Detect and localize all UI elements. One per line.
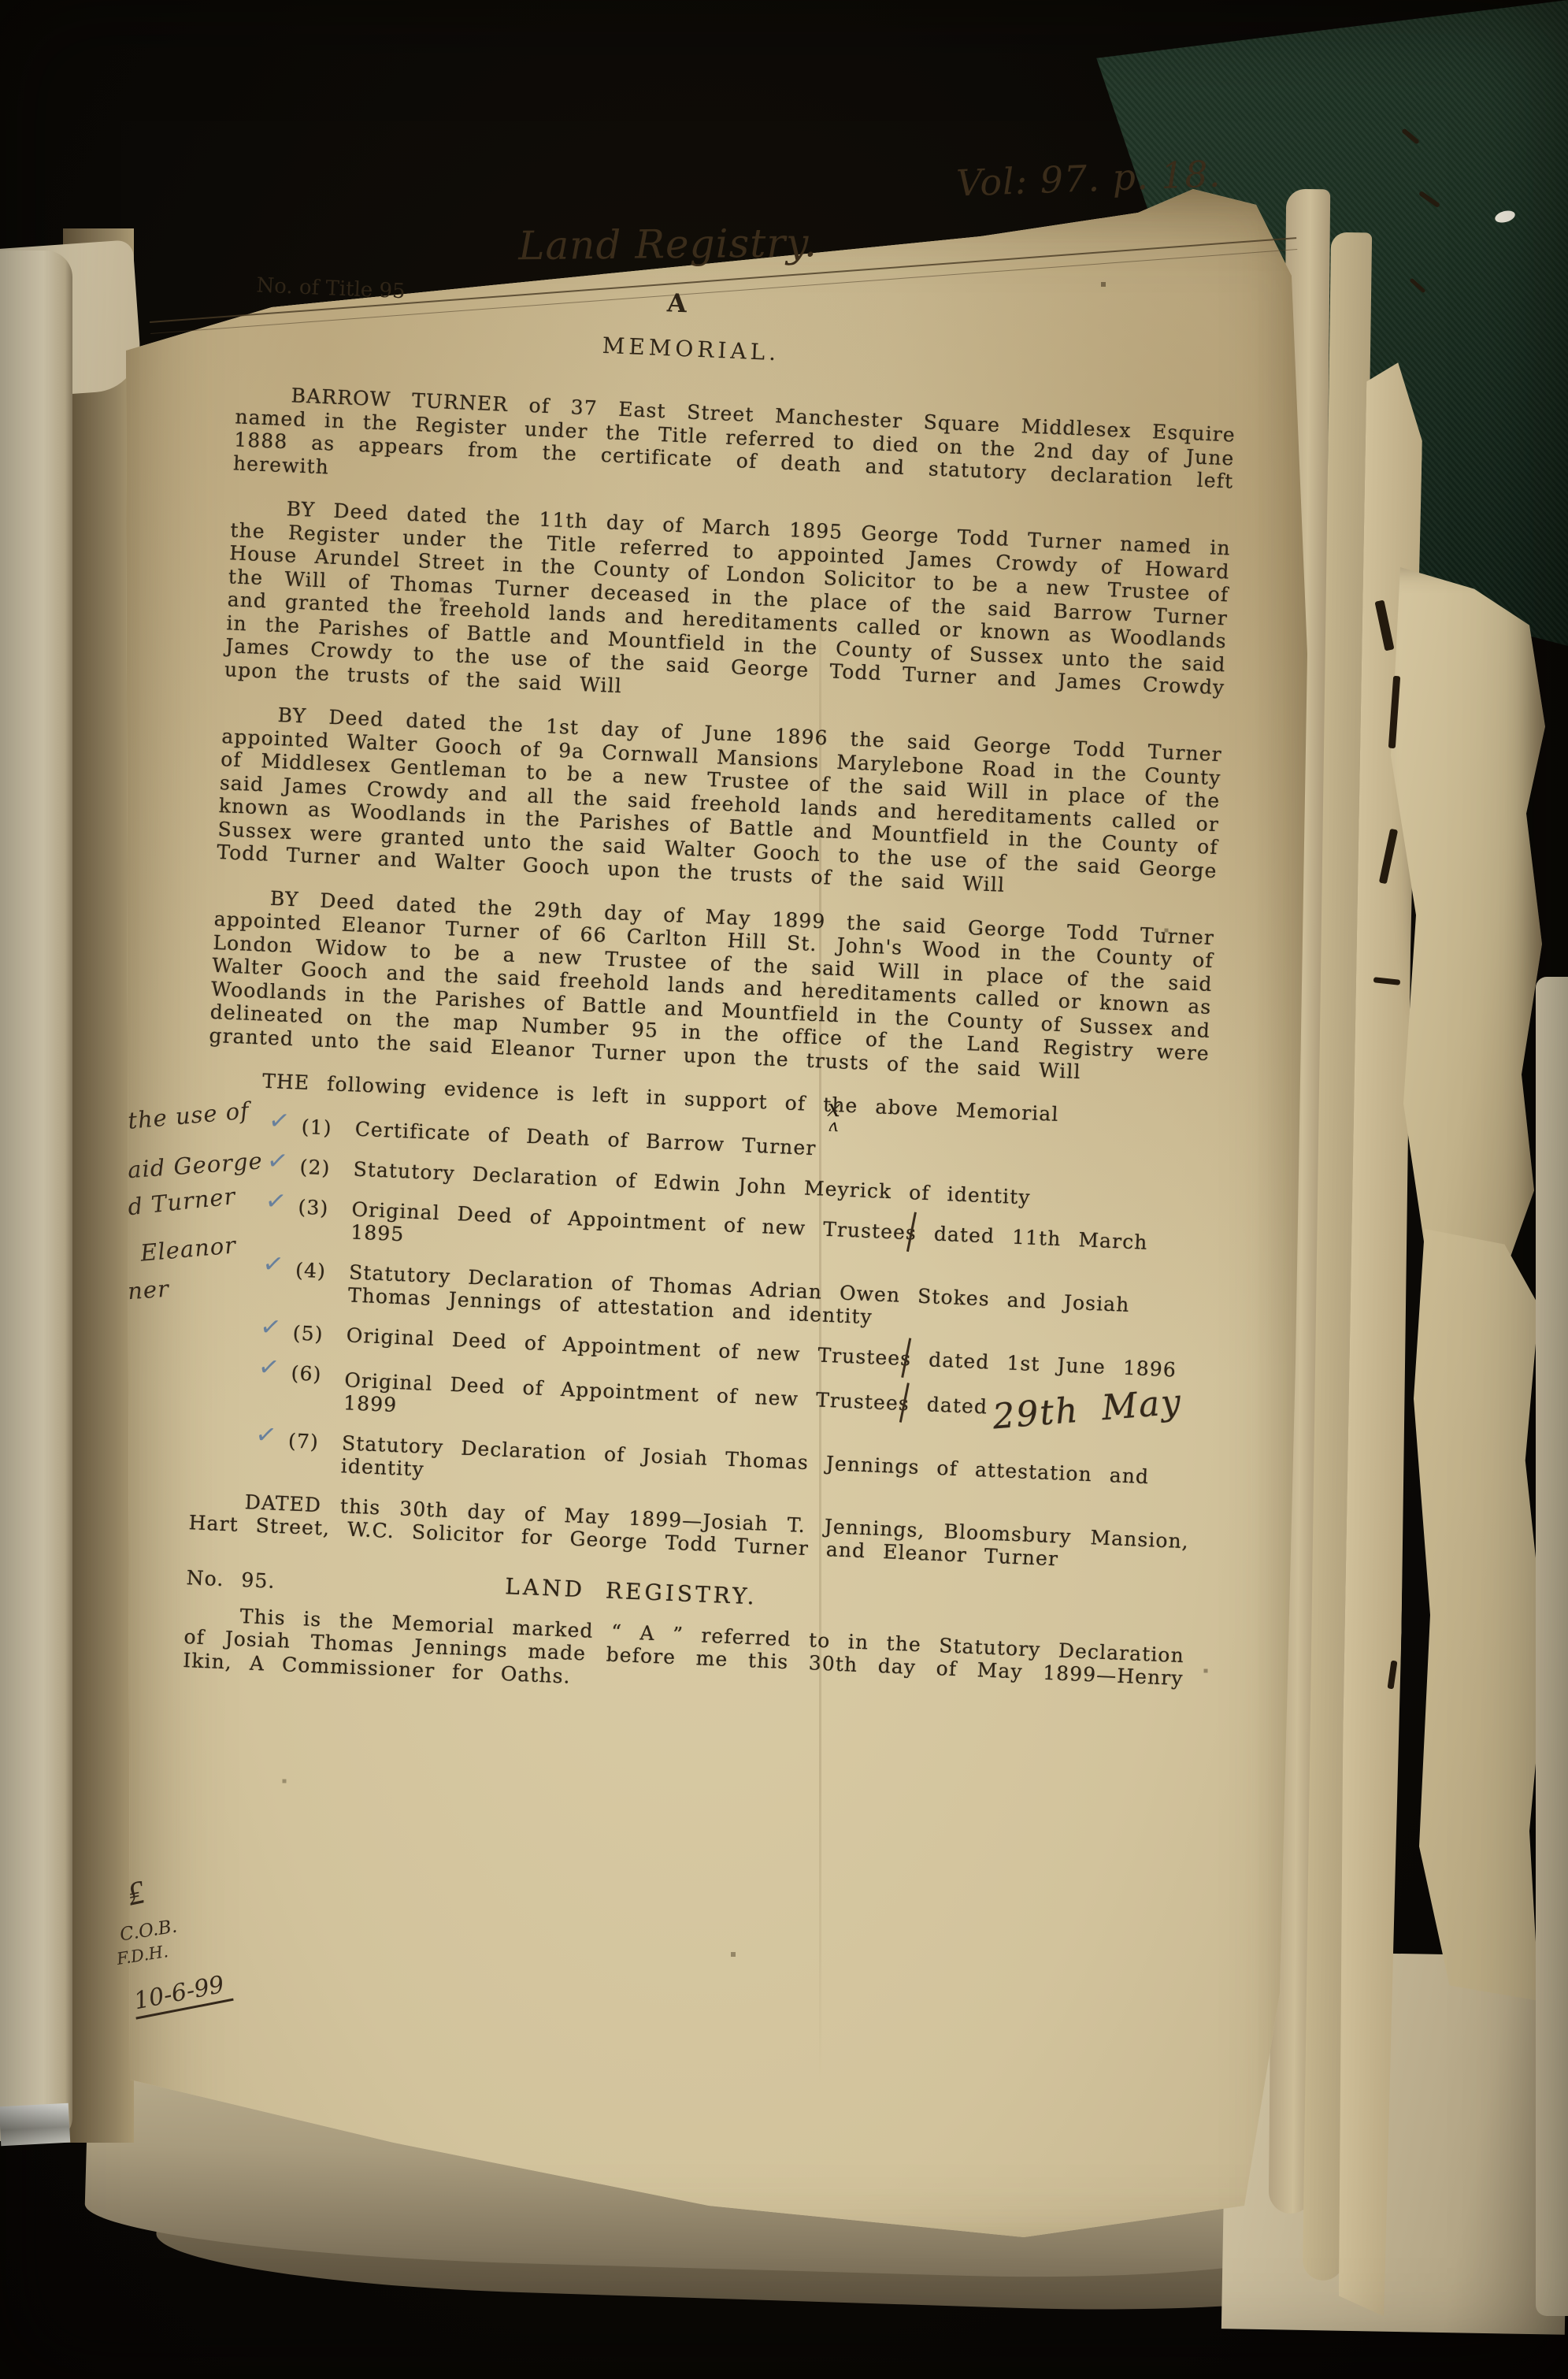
- struck-letter: s: [898, 1391, 910, 1415]
- torn-page-fragment: [1388, 567, 1545, 1292]
- no-of-title: No. of Title 95: [256, 273, 406, 303]
- memorial-paragraph: BY Deed dated the 29th day of May 1899 t…: [209, 884, 1215, 1089]
- page-content: Vol: 97. p. 18. Land Registry. No. of Ti…: [37, 236, 1314, 2215]
- checkmark-icon: ✓: [258, 1314, 284, 1340]
- item-number: (1): [301, 1115, 332, 1139]
- struck-letter: s: [905, 1220, 917, 1244]
- item-text: 1899: [343, 1391, 398, 1416]
- page-title: MEMORIAL.: [602, 332, 780, 366]
- torn-page-fragment: [1408, 1229, 1546, 2001]
- item-text: Original Deed of Appointment of new Trus…: [351, 1197, 906, 1243]
- memorial-paragraph: BARROW TURNER of 37 East Street Manchest…: [232, 381, 1236, 516]
- item-number: (3): [298, 1195, 329, 1219]
- section-letter: A: [666, 288, 687, 318]
- checkmark-icon: ✓: [257, 1354, 282, 1380]
- land-registry-script-note: Land Registry.: [518, 220, 817, 269]
- item-number: (7): [288, 1429, 320, 1453]
- item-text: dated 1st June 1896: [911, 1347, 1177, 1381]
- fore-edge-sliver: [1536, 977, 1568, 2316]
- item-number: (4): [295, 1258, 327, 1282]
- item-text: Statutory Declaration of Edwin John Meyr…: [353, 1157, 1031, 1208]
- checkmark-icon: ✓: [254, 1422, 279, 1448]
- item-number: (2): [299, 1155, 331, 1179]
- memorial-paragraph: BY Deed dated the 1st day of June 1896 t…: [217, 701, 1223, 906]
- item-text: dated: [909, 1392, 988, 1418]
- handwritten-date: 29th May: [992, 1390, 1184, 1429]
- foxing-specks: [0, 0, 2, 2]
- item-text: Original Deed of Appointment of new Trus…: [346, 1323, 901, 1369]
- struck-letter: s: [900, 1346, 912, 1370]
- item-number: (6): [291, 1361, 322, 1386]
- photographed-register-page: Vol: 97. p. 18. Land Registry. No. of Ti…: [0, 0, 1568, 2379]
- item-text: Original Deed of Appointment of new Trus…: [344, 1368, 899, 1414]
- item-number: (5): [292, 1321, 324, 1345]
- item-text: Certificate of Death of Barrow Turner: [354, 1117, 817, 1160]
- memorial-paragraph: BY Deed dated the 11th day of March 1895…: [224, 495, 1231, 722]
- memorial-body: BARROW TURNER of 37 East Street Manchest…: [182, 381, 1236, 1734]
- checkmark-icon: ✓: [267, 1108, 292, 1134]
